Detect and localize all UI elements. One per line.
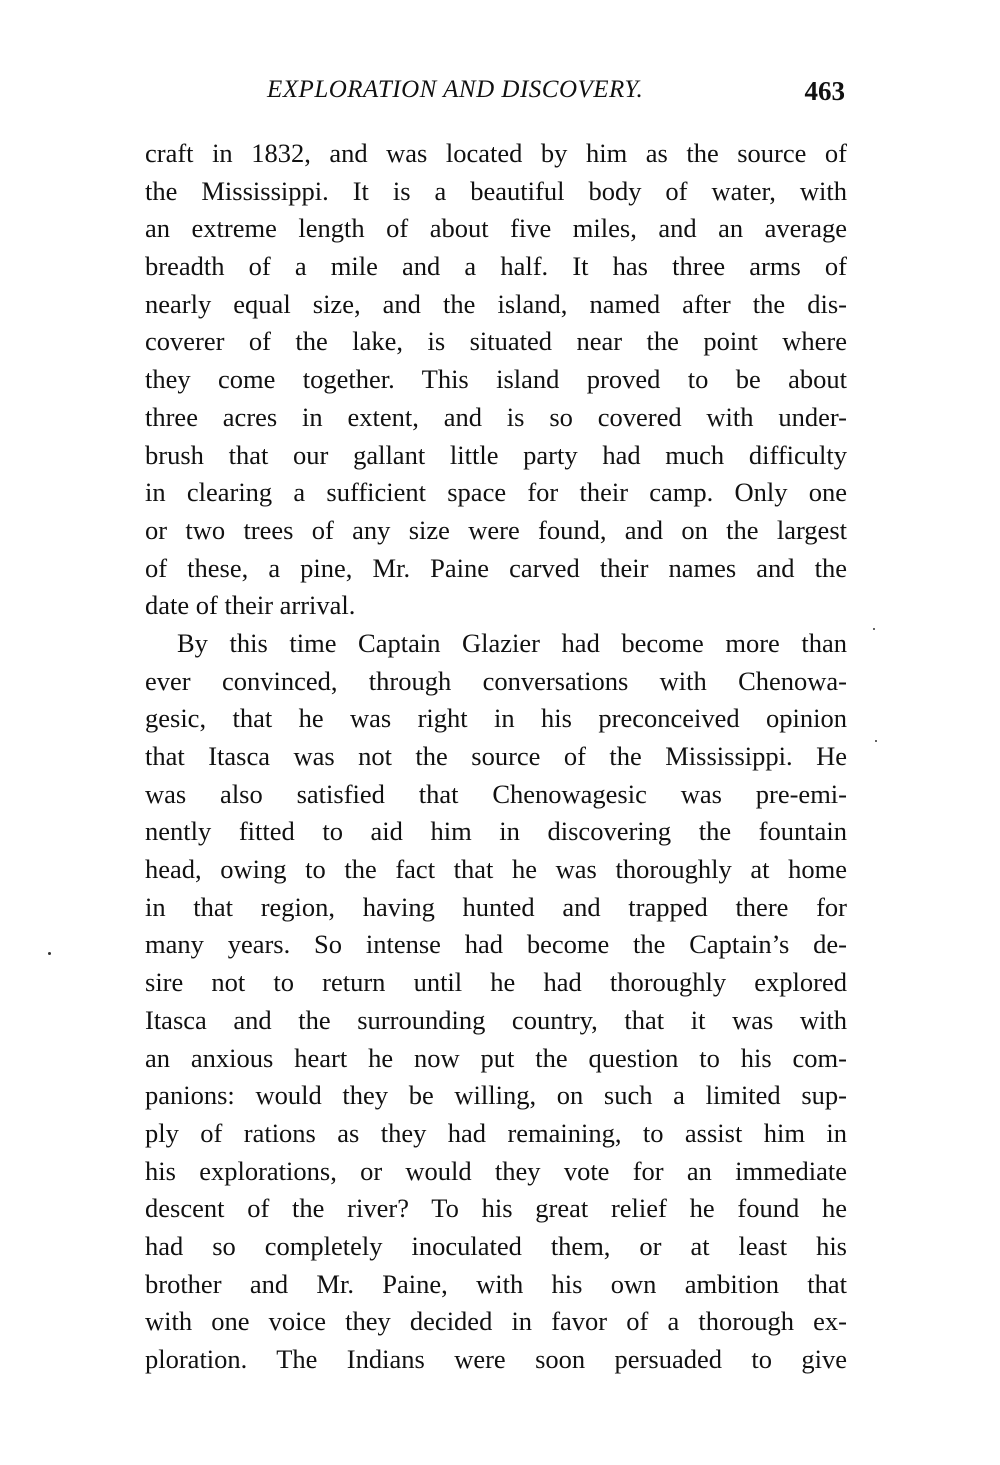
text-line: coverer of the lake, is situated near th… bbox=[145, 323, 847, 361]
text-line: had so completely inoculated them, or at… bbox=[145, 1228, 847, 1266]
text-line: an extreme length of about five miles, a… bbox=[145, 210, 847, 248]
text-line: By this time Captain Glazier had become … bbox=[145, 625, 847, 663]
text-line: nently fitted to aid him in discovering … bbox=[145, 813, 847, 851]
text-line: sire not to return until he had thorough… bbox=[145, 964, 847, 1002]
text-line: in that region, having hunted and trappe… bbox=[145, 889, 847, 927]
text-line: gesic, that he was right in his preconce… bbox=[145, 700, 847, 738]
text-line: breadth of a mile and a half. It has thr… bbox=[145, 248, 847, 286]
text-line: Itasca and the surrounding country, that… bbox=[145, 1002, 847, 1040]
text-line: panions: would they be willing, on such … bbox=[145, 1077, 847, 1115]
running-head: EXPLORATION AND DISCOVERY. 463 bbox=[145, 76, 845, 116]
text-line: of these, a pine, Mr. Paine carved their… bbox=[145, 550, 847, 588]
text-line: was also satisfied that Chenowagesic was… bbox=[145, 776, 847, 814]
text-line: head, owing to the fact that he was thor… bbox=[145, 851, 847, 889]
text-line: date of their arrival. bbox=[145, 587, 847, 625]
text-line: the Mississippi. It is a beautiful body … bbox=[145, 173, 847, 211]
text-line: brother and Mr. Paine, with his own ambi… bbox=[145, 1266, 847, 1304]
text-line: or two trees of any size were found, and… bbox=[145, 512, 847, 550]
scan-speck bbox=[48, 952, 51, 955]
text-line: that Itasca was not the source of the Mi… bbox=[145, 738, 847, 776]
text-line: ever convinced, through conversations wi… bbox=[145, 663, 847, 701]
text-line: many years. So intense had become the Ca… bbox=[145, 926, 847, 964]
text-line: in clearing a sufficient space for their… bbox=[145, 474, 847, 512]
book-page: EXPLORATION AND DISCOVERY. 463 craft in … bbox=[0, 0, 1000, 1465]
running-title: EXPLORATION AND DISCOVERY. bbox=[267, 76, 643, 104]
text-line: ploration. The Indians were soon persuad… bbox=[145, 1341, 847, 1379]
body-text: craft in 1832, and was located by him as… bbox=[145, 135, 847, 1379]
text-line: an anxious heart he now put the question… bbox=[145, 1040, 847, 1078]
text-line: ply of rations as they had remaining, to… bbox=[145, 1115, 847, 1153]
text-line: brush that our gallant little party had … bbox=[145, 437, 847, 475]
text-line: three acres in extent, and is so covered… bbox=[145, 399, 847, 437]
text-line: descent of the river? To his great relie… bbox=[145, 1190, 847, 1228]
text-line: with one voice they decided in favor of … bbox=[145, 1303, 847, 1341]
scan-speck bbox=[873, 628, 875, 630]
text-line: craft in 1832, and was located by him as… bbox=[145, 135, 847, 173]
text-line: nearly equal size, and the island, named… bbox=[145, 286, 847, 324]
text-line: they come together. This island proved t… bbox=[145, 361, 847, 399]
text-line: his explorations, or would they vote for… bbox=[145, 1153, 847, 1191]
scan-speck bbox=[875, 740, 877, 742]
page-number: 463 bbox=[805, 76, 846, 107]
